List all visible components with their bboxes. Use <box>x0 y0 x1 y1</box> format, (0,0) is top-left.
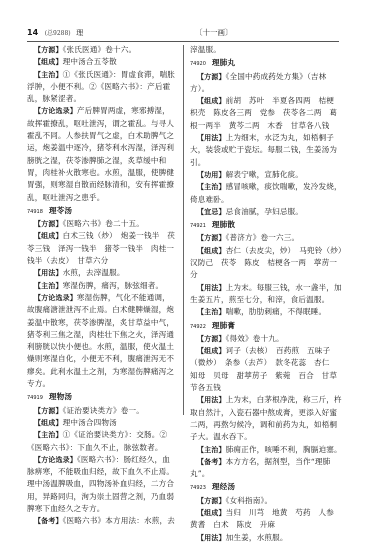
section: 【主治】寒湿伤脾，痛泻，脉弦细者。 <box>27 280 177 292</box>
section: 【主治】喘嗽，肋肋刺痛，不得眠睡。 <box>190 306 342 318</box>
section: 【备考】《医略六书》本方用法：水煎，去 <box>27 515 177 527</box>
section: 【主治】感冒咳嗽，痰饮喘嗽，发冷发烧，倚息难卧。 <box>190 181 342 206</box>
section: 【方源】《医略六书》卷二十五。 <box>27 218 177 230</box>
dictionary-entry: 74919理物汤 【方源】《证治要诀类方》卷一。 【组成】理中汤合四物汤 【主治… <box>27 391 177 527</box>
dictionary-entry: 74921理肺散 【方源】《普济方》卷一六三。 【组成】杏仁（去皮尖，炒） 马兜… <box>190 219 342 318</box>
header-left: 14 (总9288) 理 <box>27 27 83 40</box>
section: 【方源】《证治要诀类方》卷一。 <box>27 405 177 417</box>
section: 【组成】杏仁（去皮尖，炒） 马兜铃（炒） 汉防己 茯苓 陈皮 桔梗各一两 葶苈一… <box>190 245 342 282</box>
column-divider <box>183 45 184 415</box>
section: 【组成】前胡 苏叶 半夏各四两 桔梗 枳壳 陈皮各三两 党参 茯苓各二两 葛根一… <box>190 95 342 132</box>
section: 【方源】《全国中药成药处方集》（吉林方）。 <box>190 71 342 96</box>
section: 【组成】诃子（去核） 百药煎 五味子（微炒） 条参（去芦） 款冬花蕊 杏仁 知母… <box>190 345 342 394</box>
entry-heading: 74922理肺膏 <box>190 320 342 333</box>
entry-heading: 74923理经汤 <box>190 481 342 494</box>
section: 【方论选录】产后脾胃两虚，寒邪搏湿，故挥霍撩乱，呕吐泄泻，谓之霍乱。与寻人霍乱不… <box>27 105 177 203</box>
entry-number: 74920 <box>190 61 206 67</box>
section: 【用法】加生姜，水煎服。 <box>190 532 342 544</box>
entry-heading: 74918理苓汤 <box>27 205 177 218</box>
dictionary-entry: 74920理肺丸 【方源】《全国中药成药处方集》（吉林方）。 【组成】前胡 苏叶… <box>190 57 342 218</box>
section: 【用法】上为细末，水泛为丸，如梧桐子大，装袋或贮于瓷坛。每服二钱，生姜汤为引。 <box>190 132 342 169</box>
section: 【方源】《女科指南》。 <box>190 495 342 507</box>
entry-title: 理肺膏 <box>212 321 235 330</box>
entry-heading: 74921理肺散 <box>190 219 342 232</box>
stroke-section-label: 〔十一画〕 <box>195 27 233 39</box>
entry-title: 理物汤 <box>49 392 72 401</box>
dictionary-entry: 74923理经汤 【方源】《女科指南》。 【组成】当归 川芎 地黄 芍药 人参 … <box>190 481 342 543</box>
section: 【用法】上为末。每服三钱，水一盏半，加生姜五片，煎至七分，和滓，食后温服。 <box>190 282 342 307</box>
entry-number: 74923 <box>190 485 206 491</box>
entry-heading: 74920理肺丸 <box>190 57 342 70</box>
dictionary-entry: 74918理苓汤 【方源】《医略六书》卷二十五。 【组成】白术三钱（炒） 炮姜一… <box>27 205 177 390</box>
page-number: 14 <box>27 28 38 37</box>
section: 【宜忌】忌食油腻，孕妇忌服。 <box>190 206 342 218</box>
section: 【组成】白术三钱（炒） 炮姜一钱半 茯苓三钱 泽泻一钱半 猪苓一钱半 肉桂一钱半… <box>27 230 177 267</box>
section: 【方论选录】《医略六书》：肠红经久，血脉痹寒，不能吸血归经，故下血久不止焉。理中… <box>27 454 177 515</box>
continuation-text: 滓温服。 <box>190 44 342 56</box>
section: 【用法】上为末，白茅根净洗，称三斤，杵取自然汁，入瓷石器中熬成膏，更添入好蜜二两… <box>190 394 342 443</box>
entry-title: 理苓汤 <box>49 206 72 215</box>
total-page-number: (总9288) <box>45 30 71 37</box>
dictionary-entry: 74922理肺膏 【方源】《得效》卷十九。 【组成】诃子（去核） 百药煎 五味子… <box>190 320 342 481</box>
entry-title: 理肺散 <box>212 220 235 229</box>
entry-title: 理经汤 <box>212 482 235 491</box>
section: 【主治】肺痈正作，咳唾不利，胸膈迫塞。 <box>190 444 342 456</box>
section: 【备考】本方方名，据剂型，当作“理肺丸”。 <box>190 456 342 481</box>
section: 【组成】理中汤合四物汤 <box>27 417 177 429</box>
entry-number: 74921 <box>190 223 206 229</box>
section: 【组成】理中汤合五苓散 <box>27 56 177 68</box>
left-column: 【方源】《张氏医通》卷十六。 【组成】理中汤合五苓散 【主治】①《张氏医通》：胃… <box>27 44 177 528</box>
section: 【方源】《张氏医通》卷十六。 <box>27 44 177 56</box>
section: 【方源】《普济方》卷一六三。 <box>190 232 342 244</box>
entry-number: 74919 <box>27 395 43 401</box>
right-column: 滓温服。 74920理肺丸 【方源】《全国中药成药处方集》（吉林方）。 【组成】… <box>190 44 342 544</box>
entry-number: 74922 <box>190 324 206 330</box>
section: 【主治】①《证治要诀类方》：交肠。②《医略六书》：下血久不止，脉弦数者。 <box>27 429 177 454</box>
entry-number: 74918 <box>27 209 43 215</box>
section: 【主治】①《张氏医通》：胃虚食滞，喘胀浮肿，小便不利。②《医略六书》：产后霍乱，… <box>27 69 177 106</box>
section: 【方论选录】寒湿伤脾，气化不能通调，故腹痛溏泄泄泻不止焉。白术健脾燥湿，炮姜温中… <box>27 292 177 390</box>
entry-title: 理肺丸 <box>212 58 235 67</box>
section: 【用法】水煎，去滓温服。 <box>27 267 177 279</box>
section: 【功用】解表宁嗽，宣肺化痰。 <box>190 169 342 181</box>
dictionary-page: 14 (总9288) 理 〔十一画〕 【方源】《张氏医通》卷十六。 【组成】理中… <box>0 0 390 546</box>
section: 【方源】《得效》卷十九。 <box>190 333 342 345</box>
entry-heading: 74919理物汤 <box>27 391 177 404</box>
page-header: 14 (总9288) 理 〔十一画〕 <box>27 27 339 42</box>
radical-label: 理 <box>76 29 83 37</box>
section: 【组成】当归 川芎 地黄 芍药 人参 黄耆 白术 陈皮 升麻 <box>190 507 342 532</box>
